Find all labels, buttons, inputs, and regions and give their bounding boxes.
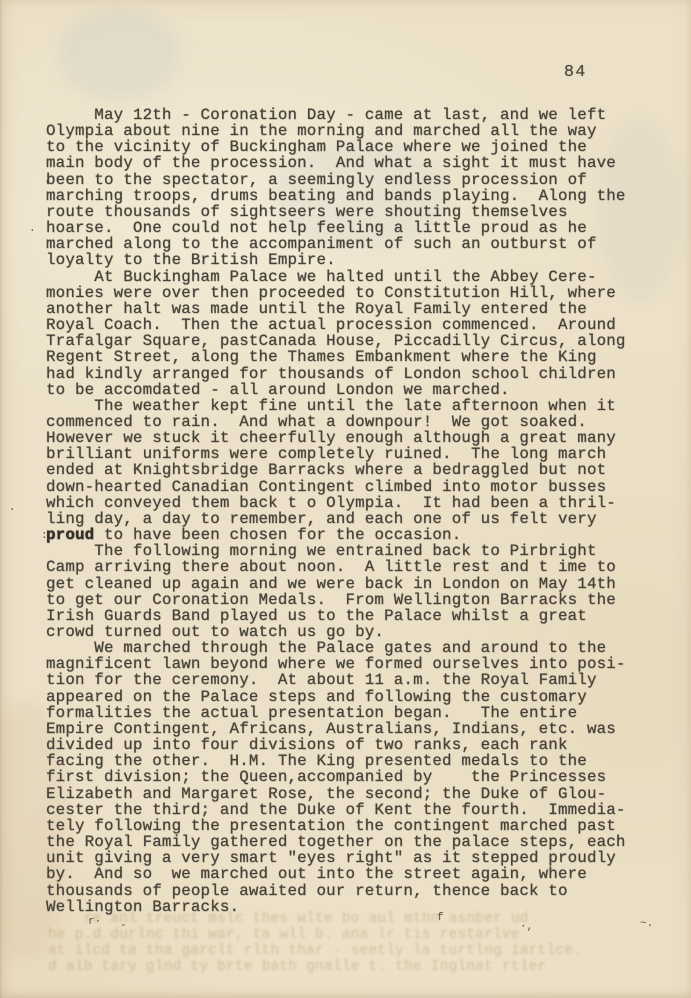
text-line: down-hearted Canadian Contingent climbed… bbox=[46, 479, 658, 495]
text-line: Regent Street, along the Thames Embankme… bbox=[46, 349, 658, 365]
text-line: The weather kept fine until the late aft… bbox=[46, 398, 658, 414]
text-line: been to the spectator, a seemingly endle… bbox=[46, 172, 658, 188]
text-line: get cleaned up again and we were back in… bbox=[46, 576, 658, 592]
ghost-text-line: d alb tary glnd ty brte bath gnalle t. t… bbox=[48, 959, 648, 975]
text-line: Camp arriving there about noon. A little… bbox=[46, 559, 658, 575]
document-body: May 12th - Coronation Day - came at last… bbox=[46, 107, 658, 915]
text-line: We marched through the Palace gates and … bbox=[46, 640, 658, 656]
text-line: loyalty to the British Empire. bbox=[46, 252, 658, 268]
text-line: May 12th - Coronation Day - came at last… bbox=[46, 107, 658, 123]
text-line: However we stuck it cheerfully enough al… bbox=[46, 430, 658, 446]
text-line: Elizabeth and Margaret Rose, the second;… bbox=[46, 786, 658, 802]
text-line: by. And so we marched out into the stree… bbox=[46, 866, 658, 882]
text-line: Empire Contingent, Africans, Australians… bbox=[46, 721, 658, 737]
bleed-through-text: re anl treuct mslc thes wlte bo aul mthn… bbox=[48, 911, 648, 975]
text-line: to get our Coronation Medals. From Welli… bbox=[46, 592, 658, 608]
ink-speck: r· bbox=[88, 917, 101, 928]
text-line: Irish Guards Band played us to the Palac… bbox=[46, 608, 658, 624]
ink-speck: ~. bbox=[640, 919, 653, 930]
text-line: proud to have been chosen for the occasi… bbox=[46, 527, 658, 543]
text-line: commenced to rain. And what a downpour! … bbox=[46, 414, 658, 430]
text-line: hoarse. One could not help feeling a lit… bbox=[46, 220, 658, 236]
ink-speck: . bbox=[29, 224, 36, 235]
text-line: Olympia about nine in the morning and ma… bbox=[46, 123, 658, 139]
text-line: formalities the actual presentation bega… bbox=[46, 705, 658, 721]
text-line: The following morning we entrained back … bbox=[46, 543, 658, 559]
text-line: tion for the ceremony. At about 11 a.m. … bbox=[46, 672, 658, 688]
text-line: ling day, a day to remember, and each on… bbox=[46, 511, 658, 527]
text-line: marching troops, drums beating and bands… bbox=[46, 188, 658, 204]
ink-speck: . bbox=[9, 503, 16, 514]
ink-speck: ' bbox=[44, 181, 51, 192]
ink-speck: f bbox=[437, 913, 444, 924]
text-line: At Buckingham Palace we halted until the… bbox=[46, 269, 658, 285]
paragraph: The following morning we entrained back … bbox=[46, 543, 658, 640]
ghost-text-line: at ilcd ta tha garclt rlth thar - seetly… bbox=[48, 943, 648, 959]
text-line: crowd turned out to watch us go by. bbox=[46, 624, 658, 640]
ink-speck: - bbox=[120, 921, 127, 932]
text-line: Royal Coach. Then the actual procession … bbox=[46, 317, 658, 333]
text-line: first division; the Queen,accompanied by… bbox=[46, 769, 658, 785]
text-line: another halt was made until the Royal Fa… bbox=[46, 301, 658, 317]
ink-speck: ·, bbox=[520, 922, 533, 933]
paragraph: At Buckingham Palace we halted until the… bbox=[46, 269, 658, 398]
text-line: facing the other. H.M. The King presente… bbox=[46, 753, 658, 769]
text-line: brilliant uniforms were completely ruine… bbox=[46, 446, 658, 462]
text-line: which conveyed them back t o Olympia. It… bbox=[46, 495, 658, 511]
text-line: appeared on the Palace steps and followi… bbox=[46, 689, 658, 705]
text-line: unit giving a very smart "eyes right" as… bbox=[46, 850, 658, 866]
ghost-text-line: he p.d durlnc thi war, ta wll b. ana lr … bbox=[48, 927, 648, 943]
blue-smudge bbox=[60, 10, 180, 100]
ink-speck: . bbox=[146, 193, 153, 204]
text-line: route thousands of sightseers were shout… bbox=[46, 204, 658, 220]
text-line: ended at Knightsbridge Barracks where a … bbox=[46, 462, 658, 478]
text-line: had kindly arranged for thousands of Lon… bbox=[46, 366, 658, 382]
ghost-text-line: re anl treuct mslc thes wlte bo aul mthn… bbox=[48, 911, 648, 927]
paragraph: May 12th - Coronation Day - came at last… bbox=[46, 107, 658, 269]
page-number: 84 bbox=[564, 62, 587, 81]
text-line: divided up into four divisions of two ra… bbox=[46, 737, 658, 753]
text-line: Trafalgar Square, pastCanada House, Picc… bbox=[46, 333, 658, 349]
scanned-document-page: 84 May 12th - Coronation Day - came at l… bbox=[0, 0, 691, 998]
text-line: main body of the procession. And what a … bbox=[46, 155, 658, 171]
paragraph: The weather kept fine until the late aft… bbox=[46, 398, 658, 543]
text-line: marched along to the accompaniment of su… bbox=[46, 236, 658, 252]
text-line: thousands of people awaited our return, … bbox=[46, 883, 658, 899]
ink-speck: : bbox=[41, 531, 48, 542]
text-line: to be accomdated - all around London we … bbox=[46, 382, 658, 398]
text-line: cester the third; and the Duke of Kent t… bbox=[46, 802, 658, 818]
text-line: tely following the presentation the cont… bbox=[46, 818, 658, 834]
text-line: monies were over then proceeded to Const… bbox=[46, 285, 658, 301]
paragraph: We marched through the Palace gates and … bbox=[46, 640, 658, 915]
text-line: the Royal Family gathered together on th… bbox=[46, 834, 658, 850]
